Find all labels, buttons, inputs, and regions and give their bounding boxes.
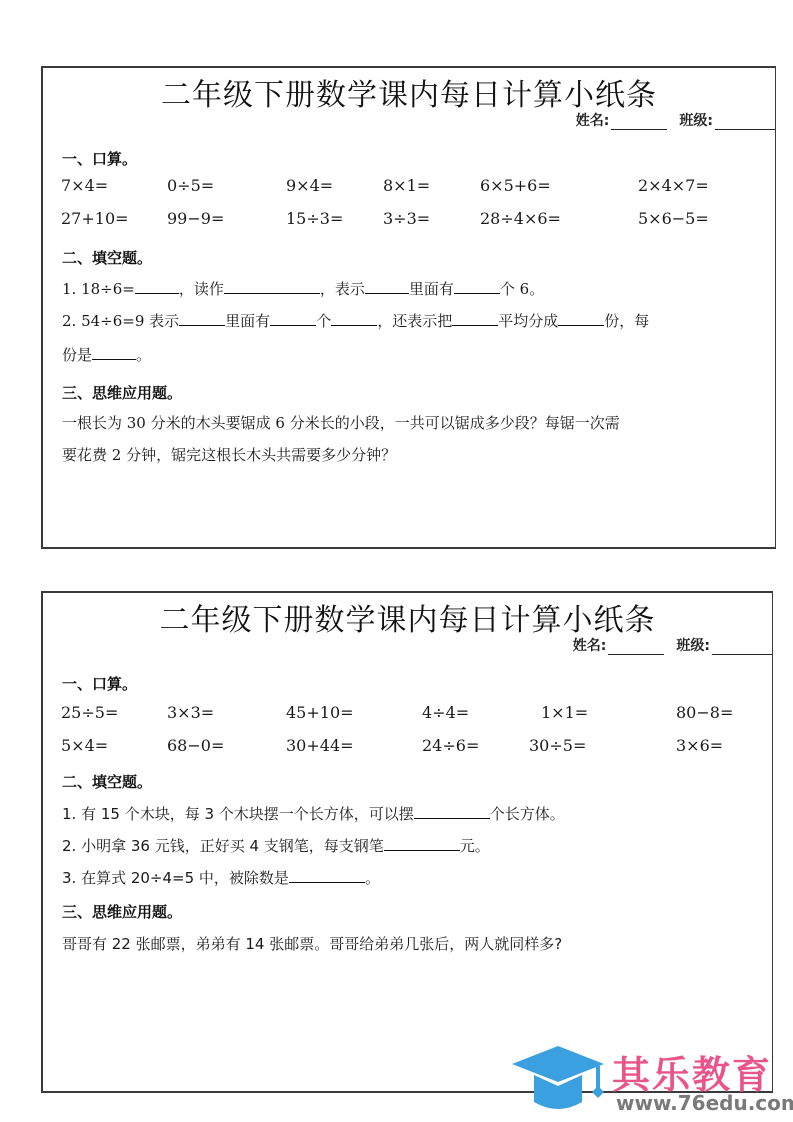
section-heading-fill-blank: 二、填空题。 — [62, 247, 152, 268]
question-text: 份，每 — [604, 312, 649, 330]
question-text: 份是 — [62, 346, 92, 364]
answer-blank[interactable] — [384, 836, 460, 851]
oral-item: 9×4= — [286, 176, 333, 195]
word-problem-line: 哥哥有 22 张邮票，弟弟有 14 张邮票。哥哥给弟弟几张后，两人就同样多? — [62, 933, 562, 954]
question-text: 个 6。 — [500, 280, 544, 298]
oral-item: 0÷5= — [167, 176, 214, 195]
worksheet-title: 二年级下册数学课内每日计算小纸条 — [43, 70, 775, 114]
oral-item: 25÷5= — [61, 703, 118, 722]
fill-question-2-cont: 份是。 — [62, 344, 151, 365]
question-text: 里面有 — [225, 312, 270, 330]
section-heading-word-problem: 三、思维应用题。 — [62, 382, 182, 403]
oral-item: 27+10= — [61, 209, 129, 228]
section-heading-oral: 一、口算。 — [62, 673, 137, 694]
oral-item: 15÷3= — [286, 209, 343, 228]
oral-item: 5×4= — [61, 736, 108, 755]
class-label: 班级: — [676, 635, 710, 655]
answer-blank[interactable] — [454, 279, 500, 294]
fill-question-1: 1. 18÷6=，读作，表示里面有个 6。 — [62, 278, 544, 299]
question-text: 个长方体。 — [490, 805, 565, 823]
oral-item: 1×1= — [541, 703, 588, 722]
question-text: ，还表示把 — [377, 312, 452, 330]
question-text: 1. 18÷6= — [62, 280, 135, 298]
student-info: 姓名: 班级: — [573, 635, 772, 655]
class-field[interactable] — [712, 640, 772, 655]
section-heading-word-problem: 三、思维应用题。 — [62, 901, 182, 922]
question-text: 2. 54÷6=9 表示 — [62, 312, 179, 330]
oral-item: 3×3= — [167, 703, 214, 722]
question-text: 个 — [316, 312, 331, 330]
question-text: ，表示 — [320, 280, 365, 298]
oral-item: 3×6= — [676, 736, 723, 755]
fill-question-2: 2. 小明拿 36 元钱，正好买 4 支钢笔，每支钢笔元。 — [62, 835, 490, 856]
question-text: ，读作 — [179, 280, 224, 298]
oral-item: 30÷5= — [529, 736, 586, 755]
word-problem-line: 要花费 2 分钟，锯完这根长木头共需要多少分钟？ — [62, 444, 396, 465]
oral-item: 3÷3= — [383, 209, 430, 228]
oral-item: 8×1= — [383, 176, 430, 195]
section-heading-fill-blank: 二、填空题。 — [62, 771, 152, 792]
answer-blank[interactable] — [289, 868, 365, 883]
question-text: 平均分成 — [498, 312, 558, 330]
word-problem-line: 一根长为 30 分米的木头要锯成 6 分米长的小段，一共可以锯成多少段？每锯一次… — [62, 412, 620, 433]
class-label: 班级: — [679, 110, 713, 130]
question-text: 元。 — [460, 837, 490, 855]
oral-item: 99−9= — [167, 209, 224, 228]
oral-item: 2×4×7= — [638, 176, 709, 195]
brand-watermark: 其乐教育 www.76edu.com — [510, 1042, 793, 1122]
worksheet-title: 二年级下册数学课内每日计算小纸条 — [43, 595, 772, 639]
oral-item: 80−8= — [676, 703, 733, 722]
oral-item: 68−0= — [167, 736, 224, 755]
student-info: 姓名: 班级: — [576, 110, 775, 130]
answer-blank[interactable] — [224, 279, 320, 294]
graduation-cap-icon — [510, 1042, 610, 1120]
answer-blank[interactable] — [179, 311, 225, 326]
question-text: 2. 小明拿 36 元钱，正好买 4 支钢笔，每支钢笔 — [62, 837, 384, 855]
name-label: 姓名: — [573, 635, 607, 655]
question-text: 。 — [136, 346, 151, 364]
answer-blank[interactable] — [92, 345, 136, 360]
section-heading-oral: 一、口算。 — [62, 148, 137, 169]
question-text: 。 — [365, 869, 380, 887]
name-label: 姓名: — [576, 110, 610, 130]
fill-question-2: 2. 54÷6=9 表示里面有个，还表示把平均分成份，每 — [62, 310, 649, 331]
answer-blank[interactable] — [270, 311, 316, 326]
oral-item: 5×6−5= — [638, 209, 709, 228]
oral-item: 24÷6= — [422, 736, 479, 755]
fill-question-3: 3. 在算式 20÷4=5 中，被除数是。 — [62, 867, 380, 888]
name-field[interactable] — [608, 640, 664, 655]
brand-url: www.76edu.com — [616, 1091, 793, 1115]
answer-blank[interactable] — [365, 279, 409, 294]
worksheet-1: 二年级下册数学课内每日计算小纸条 姓名: 班级: 一、口算。 7×4= 0÷5=… — [41, 66, 776, 549]
oral-item: 4÷4= — [422, 703, 469, 722]
name-field[interactable] — [611, 115, 667, 130]
answer-blank[interactable] — [452, 311, 498, 326]
question-text: 1. 有 15 个木块，每 3 个木块摆一个长方体，可以摆 — [62, 805, 414, 823]
class-field[interactable] — [715, 115, 775, 130]
fill-question-1: 1. 有 15 个木块，每 3 个木块摆一个长方体，可以摆个长方体。 — [62, 803, 565, 824]
oral-item: 7×4= — [61, 176, 108, 195]
answer-blank[interactable] — [135, 279, 179, 294]
oral-item: 28÷4×6= — [480, 209, 561, 228]
question-text: 3. 在算式 20÷4=5 中，被除数是 — [62, 869, 289, 887]
oral-item: 6×5+6= — [480, 176, 551, 195]
question-text: 里面有 — [409, 280, 454, 298]
answer-blank[interactable] — [558, 311, 604, 326]
oral-item: 45+10= — [286, 703, 354, 722]
answer-blank[interactable] — [414, 804, 490, 819]
oral-item: 30+44= — [286, 736, 354, 755]
worksheet-2: 二年级下册数学课内每日计算小纸条 姓名: 班级: 一、口算。 25÷5= 3×3… — [41, 591, 773, 1093]
answer-blank[interactable] — [331, 311, 377, 326]
